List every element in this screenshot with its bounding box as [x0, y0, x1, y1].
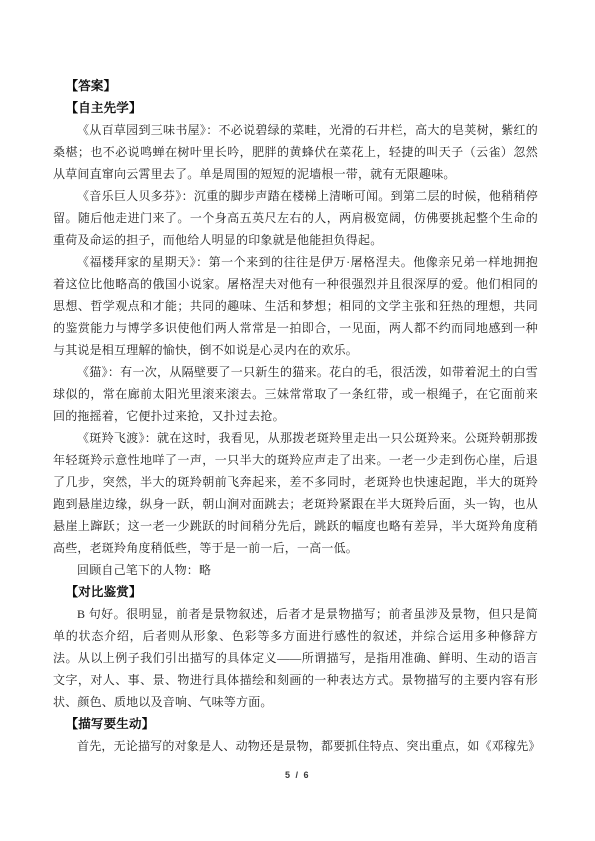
answer-heading: 【答案】 [53, 75, 538, 97]
section-heading-self-study: 【自主先学】 [53, 97, 538, 119]
paragraph-cat: 《猫》：有一次，从隔壁要了一只新生的猫来。花白的毛，很活泼，如带着泥土的白雪球似… [53, 361, 538, 427]
section-heading-vivid-description: 【描写要生动】 [53, 713, 538, 735]
document-page: 【答案】 【自主先学】 《从百草园到三味书屋》：不必说碧绿的菜畦，光滑的石井栏，… [0, 0, 595, 841]
paragraph-beethoven: 《音乐巨人贝多芬》：沉重的脚步声踏在楼梯上清晰可闻。到第二层的时候，他稍稍停留。… [53, 185, 538, 251]
page-number: 5 / 6 [0, 769, 595, 781]
paragraph-flaubert: 《福楼拜家的星期天》：第一个来到的往往是伊万·屠格涅夫。他像亲兄弟一样地拥抱着这… [53, 251, 538, 361]
paragraph-recall-characters: 回顾自己笔下的人物：略 [53, 559, 538, 581]
section-self-study: 【自主先学】 《从百草园到三味书屋》：不必说碧绿的菜畦，光滑的石井栏，高大的皂荚… [53, 97, 538, 581]
paragraph-sentence-b-analysis: B 句好。很明显，前者是景物叙述，后者才是景物描写；前者虽涉及景物，但只是简单的… [53, 603, 538, 713]
section-vivid-description: 【描写要生动】 首先，无论描写的对象是人、动物还是景物，都要抓住特点、突出重点，… [53, 713, 538, 757]
section-heading-comparison: 【对比鉴赏】 [53, 581, 538, 603]
paragraph-banling: 《斑羚飞渡》：就在这时，我看见，从那拨老斑羚里走出一只公斑羚来。公斑羚朝那拨年轻… [53, 427, 538, 559]
paragraph-vivid-description-intro: 首先，无论描写的对象是人、动物还是景物，都要抓住特点、突出重点，如《邓稼先》 [53, 735, 538, 757]
section-comparison: 【对比鉴赏】 B 句好。很明显，前者是景物叙述，后者才是景物描写；前者虽涉及景物… [53, 581, 538, 713]
paragraph-baicaoyuan: 《从百草园到三味书屋》：不必说碧绿的菜畦，光滑的石井栏，高大的皂荚树，紫红的桑椹… [53, 119, 538, 185]
document-content: 【答案】 【自主先学】 《从百草园到三味书屋》：不必说碧绿的菜畦，光滑的石井栏，… [53, 75, 538, 757]
